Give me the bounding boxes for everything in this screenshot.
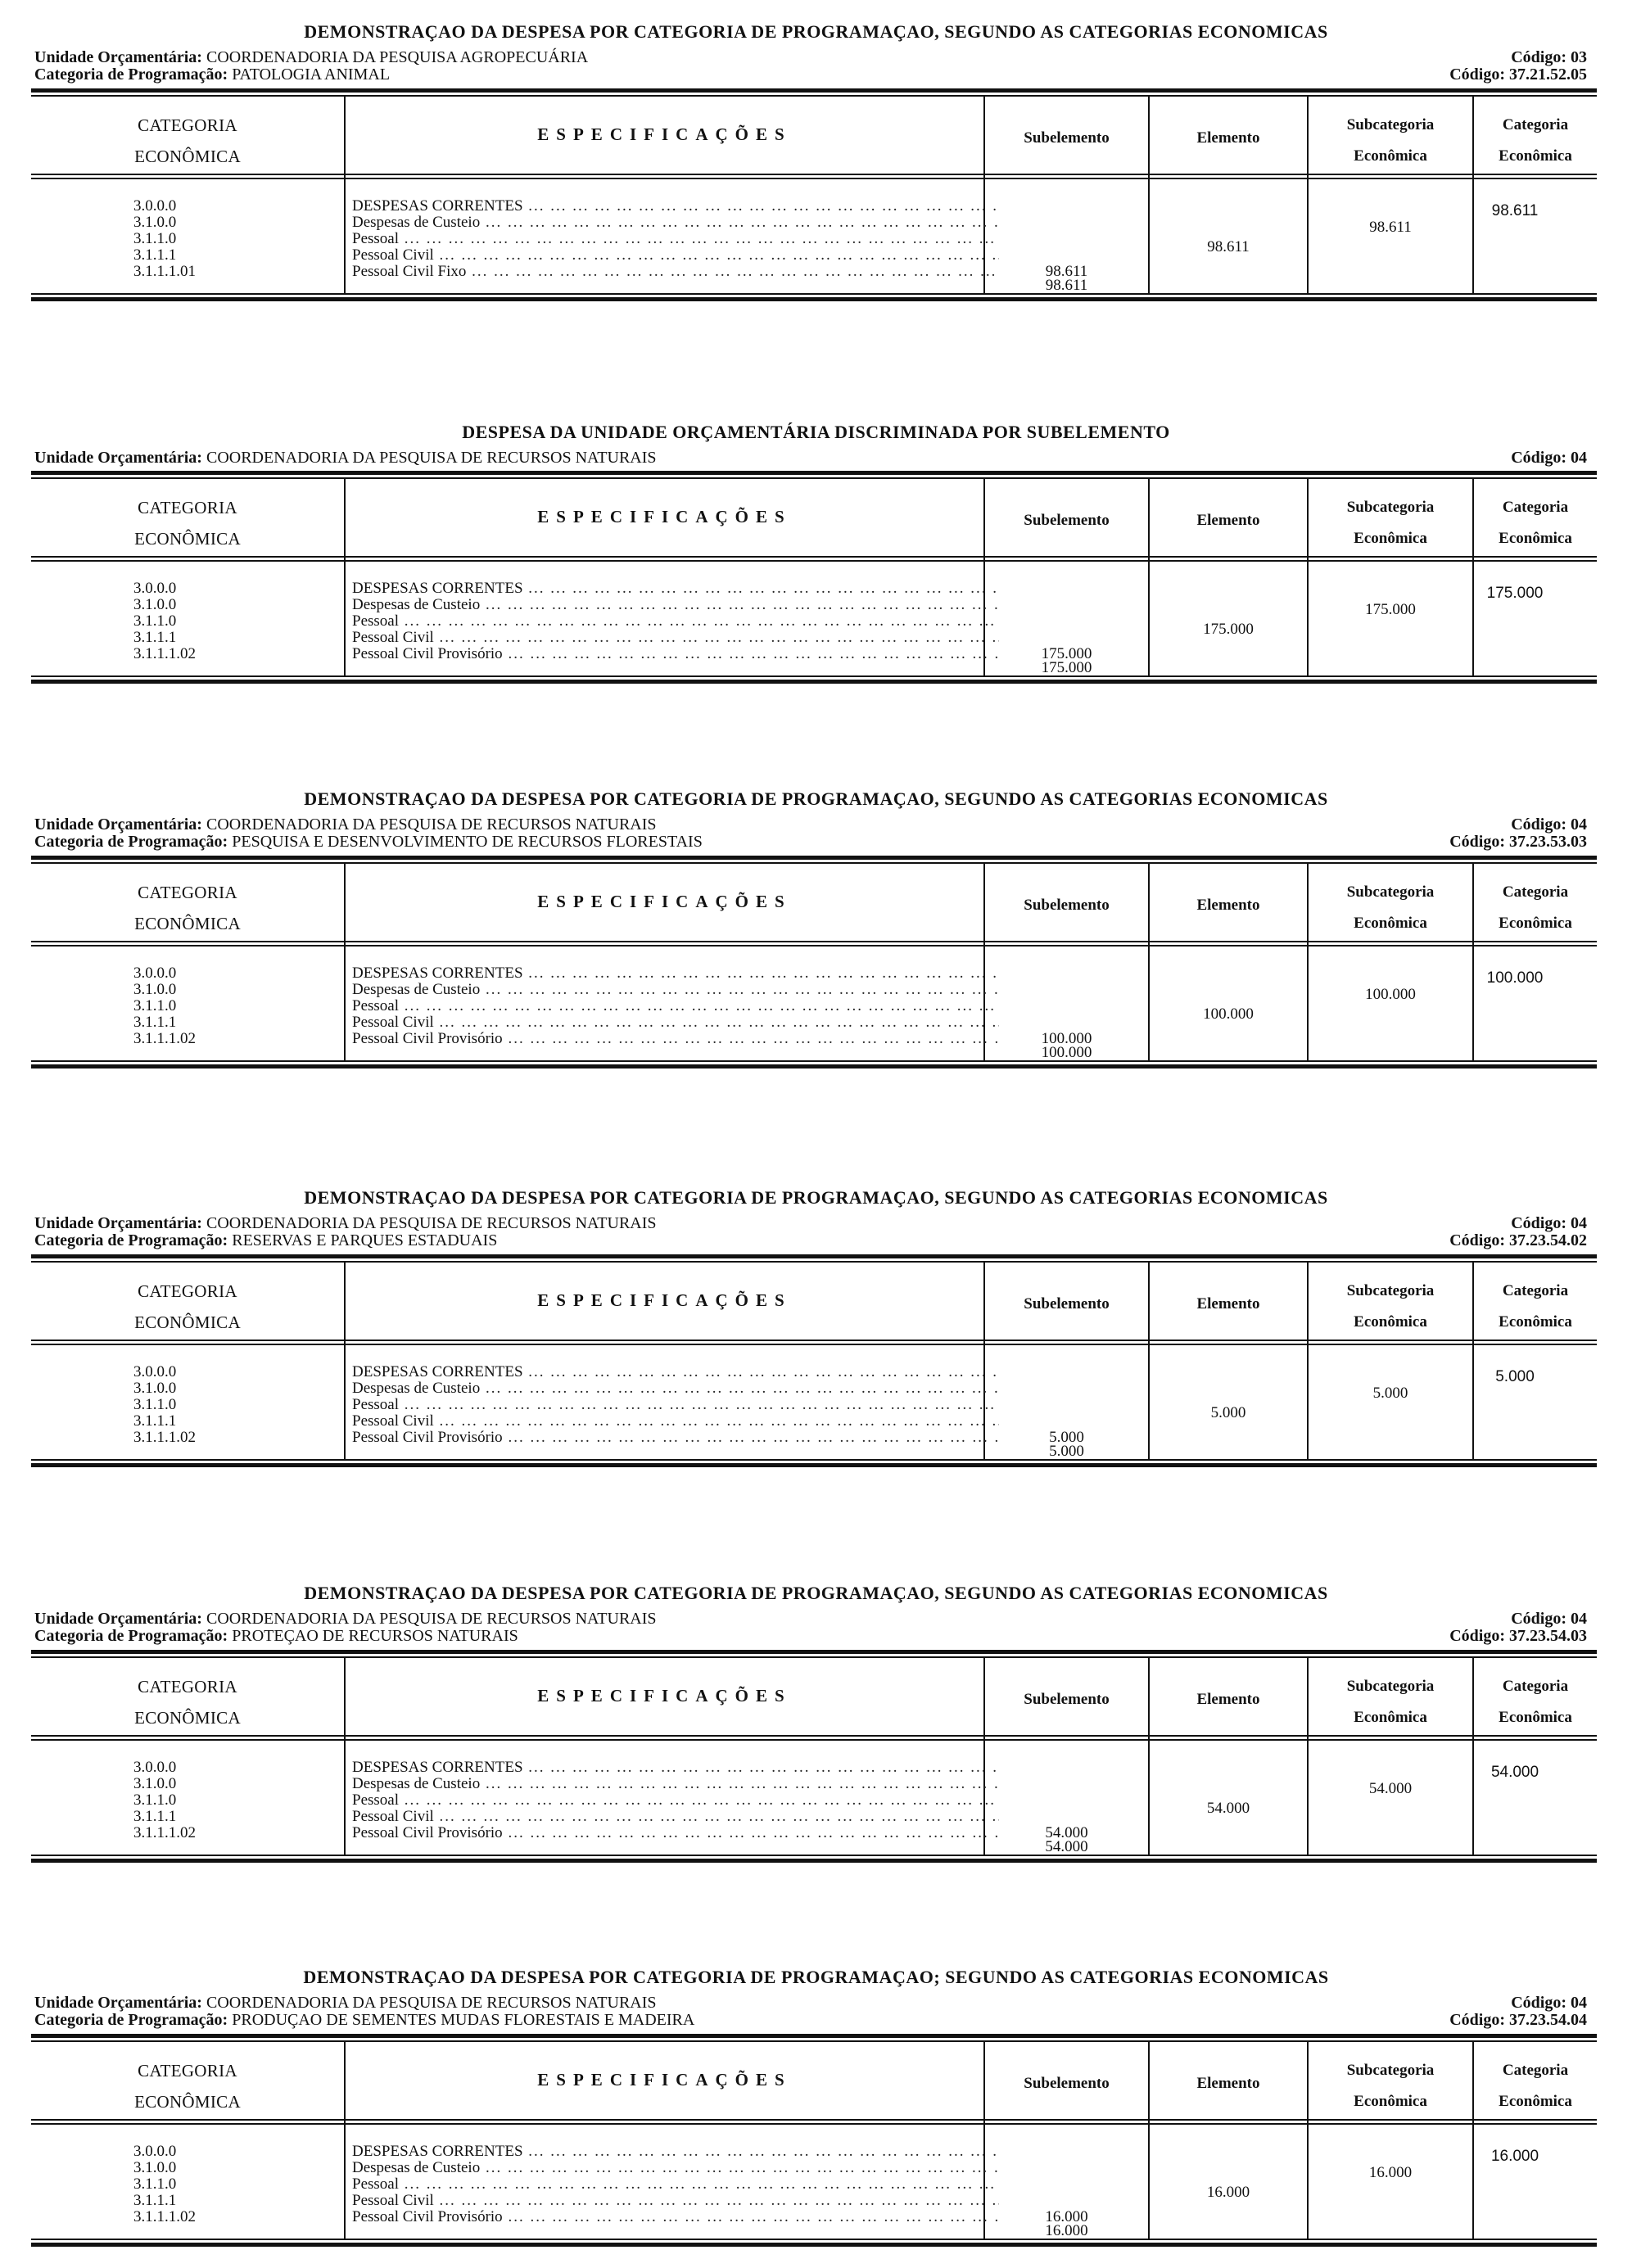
col-divider [1148,1658,1150,1855]
header-subelemento: Subelemento [985,1691,1148,1709]
economic-code: 3.1.1.1.01 [133,264,196,280]
header-bottom-rule-thin [31,1739,1597,1741]
dot-leader: ... ... ... ... ... ... ... ... ... ... … [434,1014,999,1031]
dot-leader: ... ... ... ... ... ... ... ... ... ... … [480,1776,999,1792]
unidade-line: Unidade Orçamentária: COORDENADORIA DA P… [34,49,588,66]
dot-leader: ... ... ... ... ... ... ... ... ... ... … [434,630,999,646]
spec-row: Despesas de Custeio ... ... ... ... ... … [352,2160,999,2176]
spec-label: Pessoal Civil [352,247,434,264]
spec-row: Pessoal Civil ... ... ... ... ... ... ..… [352,1809,999,1825]
spec-row: DESPESAS CORRENTES ... ... ... ... ... .… [352,1364,999,1380]
economic-code: 3.1.1.1.02 [133,1031,196,1047]
categoria-label: Categoria de Programação: [34,66,228,84]
spec-label: DESPESAS CORRENTES [352,198,523,215]
header-elemento: Elemento [1150,897,1307,915]
economic-code: 3.1.0.0 [133,1380,196,1397]
codigo-unidade: Código: 04 [1511,450,1587,467]
subcategoria-value: 175.000 [1309,602,1472,618]
table-bottom-rule [31,297,1597,301]
spec-row: Pessoal Civil ... ... ... ... ... ... ..… [352,630,999,646]
spec-label: Pessoal Civil Provisório [352,1430,503,1446]
header-bottom-rule-thin [31,2123,1597,2125]
header-bottom-rule-thin [31,178,1597,179]
categoria-value: 5.000 [1474,1369,1556,1385]
table-top-rule-thin [31,477,1597,479]
header-subcategoria: SubcategoriaEconômica [1309,1276,1472,1338]
section-title: DEMONSTRAÇAO DA DESPESA POR CATEGORIA DE… [0,1967,1632,1988]
economic-code: 3.1.0.0 [133,1776,196,1792]
categoria-label: Categoria de Programação: [34,833,228,851]
economic-code: 3.0.0.0 [133,1364,196,1380]
subcategoria-value: 54.000 [1309,1781,1472,1797]
table-bottom-rule-thin [31,1060,1597,1062]
header-bottom-rule [31,1735,1597,1737]
dot-leader: ... ... ... ... ... ... ... ... ... ... … [399,613,999,630]
section-codes: Código: 04 Código: 37.23.54.03 [1449,1611,1587,1645]
spec-label: Despesas de Custeio [352,1776,480,1792]
table-bottom-rule-thin [31,293,1597,295]
col-divider [1148,1263,1150,1459]
economic-code: 3.1.1.1.02 [133,1430,196,1446]
header-especificacoes: ESPECIFICAÇÕES [346,892,983,912]
section-codes: Código: 03 Código: 37.21.52.05 [1449,49,1587,84]
subelemento-value: 100.000 [985,1045,1148,1061]
dot-leader: ... ... ... ... ... ... ... ... ... ... … [399,231,999,247]
unidade-label: Unidade Orçamentária: [34,1610,202,1628]
spec-row: Pessoal ... ... ... ... ... ... ... ... … [352,1397,999,1413]
table-top-rule [31,2034,1597,2038]
spec-label: Pessoal Civil Provisório [352,646,503,662]
dot-leader: ... ... ... ... ... ... ... ... ... ... … [399,1792,999,1809]
codigo-unidade: Código: 04 [1449,1215,1587,1232]
header-bottom-rule [31,556,1597,558]
table-top-rule [31,1254,1597,1258]
spec-row: Pessoal ... ... ... ... ... ... ... ... … [352,231,999,247]
section-meta: Unidade Orçamentária: COORDENADORIA DA P… [34,49,588,84]
categoria-value: 100.000 [1474,970,1556,987]
specifications: DESPESAS CORRENTES ... ... ... ... ... .… [352,965,999,1047]
section-codes: Código: 04 Código: 37.23.54.04 [1449,1995,1587,2029]
spec-row: Pessoal Civil Provisório ... ... ... ...… [352,646,999,662]
col-divider [1148,97,1150,293]
economic-code: 3.0.0.0 [133,581,196,597]
section-title: DEMONSTRAÇAO DA DESPESA POR CATEGORIA DE… [0,21,1632,43]
dot-leader: ... ... ... ... ... ... ... ... ... ... … [503,1031,999,1047]
header-especificacoes: ESPECIFICAÇÕES [346,124,983,145]
categoria-line: Categoria de Programação: PRODUÇAO DE SE… [34,2012,694,2029]
subcategoria-value: 16.000 [1309,2165,1472,2181]
header-elemento: Elemento [1150,1691,1307,1709]
categoria-value: 98.611 [1474,203,1556,219]
codigo-programa: Código: 37.23.53.03 [1449,834,1587,851]
subcategoria-value: 98.611 [1309,219,1472,236]
spec-label: Pessoal [352,613,399,630]
spec-row: Despesas de Custeio ... ... ... ... ... … [352,1776,999,1792]
dot-leader: ... ... ... ... ... ... ... ... ... ... … [480,2160,999,2176]
spec-row: Pessoal Civil Provisório ... ... ... ...… [352,1031,999,1047]
header-subcategoria: SubcategoriaEconômica [1309,2055,1472,2117]
section-meta: Unidade Orçamentária: COORDENADORIA DA P… [34,1215,657,1249]
header-categoria: CategoriaEconômica [1474,492,1597,554]
header-bottom-rule [31,2119,1597,2121]
elemento-value: 54.000 [1150,1800,1307,1817]
section-meta: Unidade Orçamentária: COORDENADORIA DA P… [34,816,703,851]
dot-leader: ... ... ... ... ... ... ... ... ... ... … [503,646,999,662]
dot-leader: ... ... ... ... ... ... ... ... ... ... … [480,215,999,231]
spec-label: Despesas de Custeio [352,1380,480,1397]
dot-leader: ... ... ... ... ... ... ... ... ... ... … [523,198,999,215]
table-top-rule [31,88,1597,93]
spec-row: Despesas de Custeio ... ... ... ... ... … [352,1380,999,1397]
header-categoria-economica: CATEGORIAECONÔMICA [31,877,344,939]
dot-leader: ... ... ... ... ... ... ... ... ... ... … [523,581,999,597]
codigo-unidade: Código: 04 [1449,1995,1587,2012]
subcategoria-value: 5.000 [1309,1385,1472,1402]
economic-code: 3.1.1.0 [133,231,196,247]
header-categoria: CategoriaEconômica [1474,877,1597,939]
spec-row: Pessoal Civil ... ... ... ... ... ... ..… [352,247,999,264]
spec-row: Pessoal ... ... ... ... ... ... ... ... … [352,998,999,1014]
spec-row: Pessoal Civil Provisório ... ... ... ...… [352,2209,999,2225]
table-top-rule [31,1650,1597,1654]
economic-code: 3.1.1.0 [133,1792,196,1809]
section-title: DEMONSTRAÇAO DA DESPESA POR CATEGORIA DE… [0,1187,1632,1209]
section-meta: Unidade Orçamentária: COORDENADORIA DA P… [34,1611,657,1645]
unidade-line: Unidade Orçamentária: COORDENADORIA DA P… [34,1611,657,1628]
table-top-rule [31,856,1597,860]
header-subelemento: Subelemento [985,129,1148,147]
section-title: DESPESA DA UNIDADE ORÇAMENTÁRIA DISCRIMI… [0,422,1632,443]
codigo-programa: Código: 37.23.54.04 [1449,2012,1587,2029]
dot-leader: ... ... ... ... ... ... ... ... ... ... … [523,965,999,982]
spec-label: Despesas de Custeio [352,982,480,998]
unidade-value: COORDENADORIA DA PESQUISA DE RECURSOS NA… [206,1994,657,2012]
unidade-value: COORDENADORIA DA PESQUISA DE RECURSOS NA… [206,1214,657,1232]
header-elemento: Elemento [1150,2075,1307,2093]
table-top-rule-thin [31,95,1597,97]
unidade-value: COORDENADORIA DA PESQUISA DE RECURSOS NA… [206,1610,657,1628]
economic-code: 3.1.0.0 [133,215,196,231]
economic-codes: 3.0.0.03.1.0.03.1.1.03.1.1.13.1.1.1.02 [133,2144,196,2225]
spec-row: Pessoal Civil Fixo ... ... ... ... ... .… [352,264,999,280]
economic-code: 3.1.1.1 [133,630,196,646]
economic-code: 3.0.0.0 [133,965,196,982]
spec-row: Pessoal ... ... ... ... ... ... ... ... … [352,1792,999,1809]
spec-label: DESPESAS CORRENTES [352,581,523,597]
spec-label: DESPESAS CORRENTES [352,1364,523,1380]
economic-code: 3.1.1.1 [133,1809,196,1825]
spec-label: Pessoal Civil [352,1014,434,1031]
codigo-unidade: Código: 04 [1449,1611,1587,1628]
header-categoria-economica: CATEGORIAECONÔMICA [31,2055,344,2117]
table-bottom-rule-thin [31,2239,1597,2240]
header-categoria: CategoriaEconômica [1474,2055,1597,2117]
economic-code: 3.1.0.0 [133,982,196,998]
specifications: DESPESAS CORRENTES ... ... ... ... ... .… [352,198,999,280]
unidade-line: Unidade Orçamentária: COORDENADORIA DA P… [34,450,657,467]
spec-row: Pessoal Civil ... ... ... ... ... ... ..… [352,2193,999,2209]
section-codes: Código: 04 [1511,450,1587,467]
unidade-line: Unidade Orçamentária: COORDENADORIA DA P… [34,816,703,834]
categoria-line: Categoria de Programação: PATOLOGIA ANIM… [34,66,588,84]
header-categoria: CategoriaEconômica [1474,1671,1597,1733]
spec-row: Pessoal Civil ... ... ... ... ... ... ..… [352,1413,999,1430]
unidade-label: Unidade Orçamentária: [34,1214,202,1232]
spec-row: Despesas de Custeio ... ... ... ... ... … [352,982,999,998]
unidade-label: Unidade Orçamentária: [34,815,202,834]
table-top-rule [31,471,1597,475]
unidade-line: Unidade Orçamentária: COORDENADORIA DA P… [34,1995,694,2012]
spec-label: Despesas de Custeio [352,597,480,613]
subelemento-value: 54.000 [985,1839,1148,1855]
header-subcategoria: SubcategoriaEconômica [1309,1671,1472,1733]
spec-label: Pessoal Civil Provisório [352,2209,503,2225]
categoria-label: Categoria de Programação: [34,1627,228,1645]
dot-leader: ... ... ... ... ... ... ... ... ... ... … [523,1364,999,1380]
header-subcategoria: SubcategoriaEconômica [1309,877,1472,939]
categoria-label: Categoria de Programação: [34,2011,228,2029]
economic-code: 3.0.0.0 [133,198,196,215]
specifications: DESPESAS CORRENTES ... ... ... ... ... .… [352,1364,999,1446]
section-title: DEMONSTRAÇAO DA DESPESA POR CATEGORIA DE… [0,788,1632,810]
dot-leader: ... ... ... ... ... ... ... ... ... ... … [434,1413,999,1430]
header-bottom-rule [31,1340,1597,1341]
spec-row: Pessoal ... ... ... ... ... ... ... ... … [352,613,999,630]
economic-code: 3.1.1.1.02 [133,646,196,662]
header-categoria: CategoriaEconômica [1474,1276,1597,1338]
economic-code: 3.1.1.1 [133,1014,196,1031]
economic-code: 3.1.1.1 [133,2193,196,2209]
spec-row: DESPESAS CORRENTES ... ... ... ... ... .… [352,581,999,597]
economic-codes: 3.0.0.03.1.0.03.1.1.03.1.1.13.1.1.1.02 [133,965,196,1047]
spec-label: Pessoal Civil Provisório [352,1031,503,1047]
unidade-value: COORDENADORIA DA PESQUISA DE RECURSOS NA… [206,815,657,834]
categoria-value: PROTEÇAO DE RECURSOS NATURAIS [232,1627,518,1645]
header-categoria-economica: CATEGORIAECONÔMICA [31,110,344,172]
categoria-line: Categoria de Programação: RESERVAS E PAR… [34,1232,657,1249]
header-subelemento: Subelemento [985,512,1148,530]
dot-leader: ... ... ... ... ... ... ... ... ... ... … [399,1397,999,1413]
spec-label: Despesas de Custeio [352,2160,480,2176]
economic-code: 3.1.0.0 [133,2160,196,2176]
header-bottom-rule [31,941,1597,942]
header-subelemento: Subelemento [985,897,1148,915]
table-top-rule-thin [31,2040,1597,2042]
categoria-value: 54.000 [1474,1764,1556,1781]
spec-label: Pessoal [352,1397,399,1413]
spec-row: DESPESAS CORRENTES ... ... ... ... ... .… [352,2144,999,2160]
categoria-line: Categoria de Programação: PROTEÇAO DE RE… [34,1628,657,1645]
header-bottom-rule-thin [31,945,1597,947]
header-elemento: Elemento [1150,512,1307,530]
elemento-value: 100.000 [1150,1006,1307,1023]
header-subelemento: Subelemento [985,2075,1148,2093]
spec-label: Pessoal [352,998,399,1014]
dot-leader: ... ... ... ... ... ... ... ... ... ... … [523,1760,999,1776]
subelemento-value: 16.000 [985,2223,1148,2239]
table-bottom-rule [31,680,1597,684]
spec-row: Pessoal Civil ... ... ... ... ... ... ..… [352,1014,999,1031]
header-categoria-economica: CATEGORIAECONÔMICA [31,492,344,554]
unidade-label: Unidade Orçamentária: [34,449,202,467]
table-bottom-rule-thin [31,1855,1597,1856]
economic-code: 3.1.1.1.02 [133,2209,196,2225]
section-meta: Unidade Orçamentária: COORDENADORIA DA P… [34,450,657,467]
economic-codes: 3.0.0.03.1.0.03.1.1.03.1.1.13.1.1.1.01 [133,198,196,280]
categoria-value: 175.000 [1474,585,1556,602]
col-divider [1148,479,1150,675]
dot-leader: ... ... ... ... ... ... ... ... ... ... … [503,2209,999,2225]
economic-codes: 3.0.0.03.1.0.03.1.1.03.1.1.13.1.1.1.02 [133,581,196,662]
economic-code: 3.1.1.0 [133,998,196,1014]
header-bottom-rule-thin [31,560,1597,562]
specifications: DESPESAS CORRENTES ... ... ... ... ... .… [352,2144,999,2225]
codigo-programa: Código: 37.23.54.02 [1449,1232,1587,1249]
table-bottom-rule-thin [31,1459,1597,1461]
economic-code: 3.0.0.0 [133,1760,196,1776]
dot-leader: ... ... ... ... ... ... ... ... ... ... … [480,1380,999,1397]
spec-label: Pessoal Civil [352,1413,434,1430]
col-divider [1148,864,1150,1060]
dot-leader: ... ... ... ... ... ... ... ... ... ... … [399,2176,999,2193]
header-bottom-rule-thin [31,1344,1597,1345]
categoria-value: PATOLOGIA ANIMAL [232,66,390,84]
unidade-value: COORDENADORIA DA PESQUISA DE RECURSOS NA… [206,449,657,467]
table-top-rule-thin [31,1261,1597,1263]
table-bottom-rule [31,1064,1597,1068]
categoria-line: Categoria de Programação: PESQUISA E DES… [34,834,703,851]
spec-label: DESPESAS CORRENTES [352,965,523,982]
header-elemento: Elemento [1150,1295,1307,1313]
categoria-value: RESERVAS E PARQUES ESTADUAIS [232,1231,497,1249]
spec-row: Despesas de Custeio ... ... ... ... ... … [352,597,999,613]
table-bottom-rule [31,1463,1597,1467]
spec-row: Despesas de Custeio ... ... ... ... ... … [352,215,999,231]
economic-code: 3.1.1.0 [133,1397,196,1413]
dot-leader: ... ... ... ... ... ... ... ... ... ... … [523,2144,999,2160]
spec-label: Despesas de Custeio [352,215,480,231]
unidade-label: Unidade Orçamentária: [34,1994,202,2012]
header-especificacoes: ESPECIFICAÇÕES [346,1290,983,1311]
header-elemento: Elemento [1150,129,1307,147]
header-categoria-economica: CATEGORIAECONÔMICA [31,1276,344,1338]
elemento-value: 175.000 [1150,621,1307,638]
unidade-line: Unidade Orçamentária: COORDENADORIA DA P… [34,1215,657,1232]
dot-leader: ... ... ... ... ... ... ... ... ... ... … [399,998,999,1014]
spec-label: Pessoal Civil [352,630,434,646]
dot-leader: ... ... ... ... ... ... ... ... ... ... … [480,982,999,998]
subelemento-value: 5.000 [985,1443,1148,1460]
categoria-value: 16.000 [1474,2148,1556,2165]
table-top-rule-thin [31,862,1597,864]
spec-label: Pessoal Civil Provisório [352,1825,503,1841]
header-categoria: CategoriaEconômica [1474,110,1597,172]
economic-code: 3.1.1.1.02 [133,1825,196,1841]
elemento-value: 98.611 [1150,239,1307,255]
spec-row: DESPESAS CORRENTES ... ... ... ... ... .… [352,198,999,215]
codigo-unidade: Código: 04 [1449,816,1587,834]
spec-label: DESPESAS CORRENTES [352,1760,523,1776]
codigo-programa: Código: 37.21.52.05 [1449,66,1587,84]
spec-label: Pessoal Civil [352,1809,434,1825]
spec-label: Pessoal [352,231,399,247]
table-bottom-rule [31,2243,1597,2247]
header-categoria-economica: CATEGORIAECONÔMICA [31,1671,344,1733]
header-subcategoria: SubcategoriaEconômica [1309,492,1472,554]
spec-label: Pessoal Civil Fixo [352,264,466,280]
economic-codes: 3.0.0.03.1.0.03.1.1.03.1.1.13.1.1.1.02 [133,1364,196,1446]
economic-code: 3.1.1.1 [133,1413,196,1430]
categoria-value: PRODUÇAO DE SEMENTES MUDAS FLORESTAIS E … [232,2011,694,2029]
table-bottom-rule-thin [31,675,1597,677]
categoria-label: Categoria de Programação: [34,1231,228,1249]
col-divider [1148,2042,1150,2239]
elemento-value: 16.000 [1150,2184,1307,2201]
spec-row: Pessoal Civil Provisório ... ... ... ...… [352,1825,999,1841]
codigo-unidade: Código: 03 [1449,49,1587,66]
header-subelemento: Subelemento [985,1295,1148,1313]
spec-label: DESPESAS CORRENTES [352,2144,523,2160]
categoria-value: PESQUISA E DESENVOLVIMENTO DE RECURSOS F… [232,833,703,851]
header-especificacoes: ESPECIFICAÇÕES [346,2070,983,2090]
unidade-label: Unidade Orçamentária: [34,48,202,66]
unidade-value: COORDENADORIA DA PESQUISA AGROPECUÁRIA [206,48,588,66]
economic-code: 3.1.1.0 [133,613,196,630]
dot-leader: ... ... ... ... ... ... ... ... ... ... … [434,247,999,264]
economic-code: 3.1.0.0 [133,597,196,613]
subelemento-value: 98.611 [985,278,1148,294]
table-bottom-rule [31,1859,1597,1863]
subelemento-value: 175.000 [985,660,1148,676]
dot-leader: ... ... ... ... ... ... ... ... ... ... … [480,597,999,613]
elemento-value: 5.000 [1150,1405,1307,1421]
table-top-rule-thin [31,1656,1597,1658]
dot-leader: ... ... ... ... ... ... ... ... ... ... … [434,2193,999,2209]
header-especificacoes: ESPECIFICAÇÕES [346,507,983,527]
spec-row: DESPESAS CORRENTES ... ... ... ... ... .… [352,965,999,982]
spec-row: Pessoal ... ... ... ... ... ... ... ... … [352,2176,999,2193]
dot-leader: ... ... ... ... ... ... ... ... ... ... … [434,1809,999,1825]
economic-code: 3.1.1.1 [133,247,196,264]
subcategoria-value: 100.000 [1309,987,1472,1003]
specifications: DESPESAS CORRENTES ... ... ... ... ... .… [352,581,999,662]
section-codes: Código: 04 Código: 37.23.53.03 [1449,816,1587,851]
header-subcategoria: SubcategoriaEconômica [1309,110,1472,172]
specifications: DESPESAS CORRENTES ... ... ... ... ... .… [352,1760,999,1841]
section-meta: Unidade Orçamentária: COORDENADORIA DA P… [34,1995,694,2029]
codigo-programa: Código: 37.23.54.03 [1449,1628,1587,1645]
dot-leader: ... ... ... ... ... ... ... ... ... ... … [503,1430,999,1446]
spec-label: Pessoal [352,1792,399,1809]
economic-code: 3.1.1.0 [133,2176,196,2193]
header-bottom-rule [31,174,1597,175]
header-especificacoes: ESPECIFICAÇÕES [346,1686,983,1706]
spec-row: DESPESAS CORRENTES ... ... ... ... ... .… [352,1760,999,1776]
dot-leader: ... ... ... ... ... ... ... ... ... ... … [503,1825,999,1841]
spec-label: Pessoal Civil [352,2193,434,2209]
spec-row: Pessoal Civil Provisório ... ... ... ...… [352,1430,999,1446]
dot-leader: ... ... ... ... ... ... ... ... ... ... … [466,264,999,280]
spec-label: Pessoal [352,2176,399,2193]
economic-codes: 3.0.0.03.1.0.03.1.1.03.1.1.13.1.1.1.02 [133,1760,196,1841]
economic-code: 3.0.0.0 [133,2144,196,2160]
section-codes: Código: 04 Código: 37.23.54.02 [1449,1215,1587,1249]
section-title: DEMONSTRAÇAO DA DESPESA POR CATEGORIA DE… [0,1583,1632,1604]
